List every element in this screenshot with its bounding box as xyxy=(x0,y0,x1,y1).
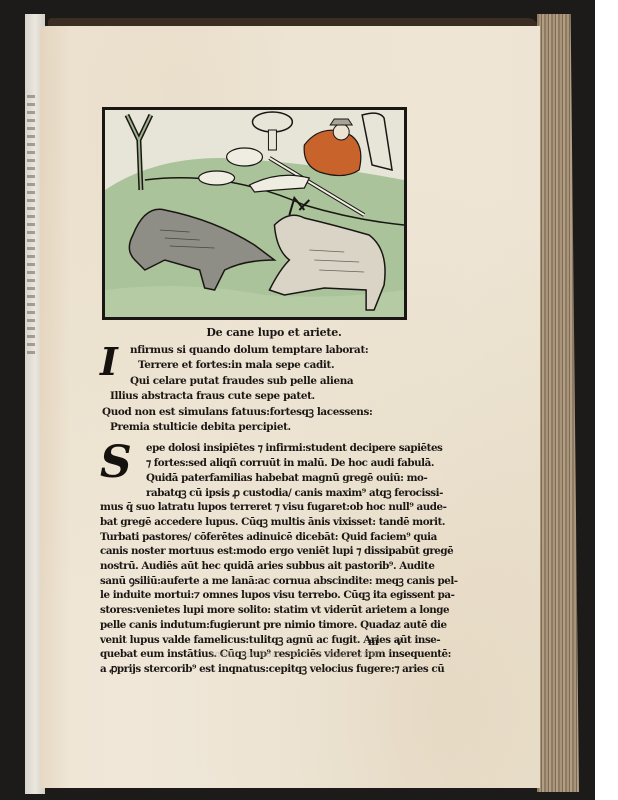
prose-line: a ꝓprijs stercorib⁹ est inqnatus:cepitqꝫ… xyxy=(100,662,418,677)
prose-line: le induite mortui:⁊ omnes lupos visu ter… xyxy=(100,588,418,603)
prose-line: rabatqꝫ cū ipsis ꝓ custodia/ canis maxim… xyxy=(100,486,418,501)
verse-line: Premia stulticie debita percipiet. xyxy=(100,420,418,435)
prose-line: sanū ꝯsiliū:auferte a me lanā:ac cornua … xyxy=(100,574,418,589)
bleed-through-text: Interpretatio audi fac quod vult libens xyxy=(210,650,384,660)
verse-line: Illius abstracta fraus cute sepe patet. xyxy=(100,389,418,404)
decorated-initial-s: S xyxy=(100,441,132,485)
verse-line: Quod non est simulans fatuus:fortesqꝫ la… xyxy=(100,405,418,420)
prose-line: stores:venietes lupi more solito: statim… xyxy=(100,603,418,618)
prose-line: Turbati pastores/ cōferētes adinuicē dic… xyxy=(100,530,418,545)
prose-line: bat gregē accedere lupus. Cūqꝫ multis ān… xyxy=(100,515,418,530)
background-margin xyxy=(595,0,618,800)
prose-line: canis noster mortuus est:modo ergo veniē… xyxy=(100,544,418,559)
prose-line: nostrū. Audiēs aūt hec quidā aries subbu… xyxy=(100,559,418,574)
verse-line: Qui celare putat fraudes sub pelle alien… xyxy=(100,374,418,389)
fable-title: De cane lupo et ariete. xyxy=(130,326,418,342)
woodcut-image xyxy=(105,110,404,317)
text-block: De cane lupo et ariete. I nfirmus si qua… xyxy=(100,326,418,677)
facing-page-text xyxy=(27,95,35,355)
verse-line: Terrere et fortes:in mala sepe cadit. xyxy=(100,358,418,373)
decorated-initial-i: I xyxy=(100,343,118,381)
prose-line: ⁊ fortes:sed aliqñ corruūt in malū. De h… xyxy=(100,456,418,471)
signature-mark: m v xyxy=(368,637,402,648)
verse-section: I nfirmus si quando dolum temptare labor… xyxy=(100,343,418,435)
woodcut-illustration xyxy=(102,107,407,320)
prose-line: mus q̄ suo latratu lupos terreret ⁊ visu… xyxy=(100,500,418,515)
prose-line: pelle canis indutum:fugierunt pre nimio … xyxy=(100,618,418,633)
prose-line: epe dolosi insipiētes ⁊ infirmi:student … xyxy=(100,441,418,456)
prose-line: Quidā paterfamilias habebat magnū gregē … xyxy=(100,471,418,486)
verse-line: nfirmus si quando dolum temptare laborat… xyxy=(100,343,418,358)
book-fore-edge xyxy=(537,14,579,792)
